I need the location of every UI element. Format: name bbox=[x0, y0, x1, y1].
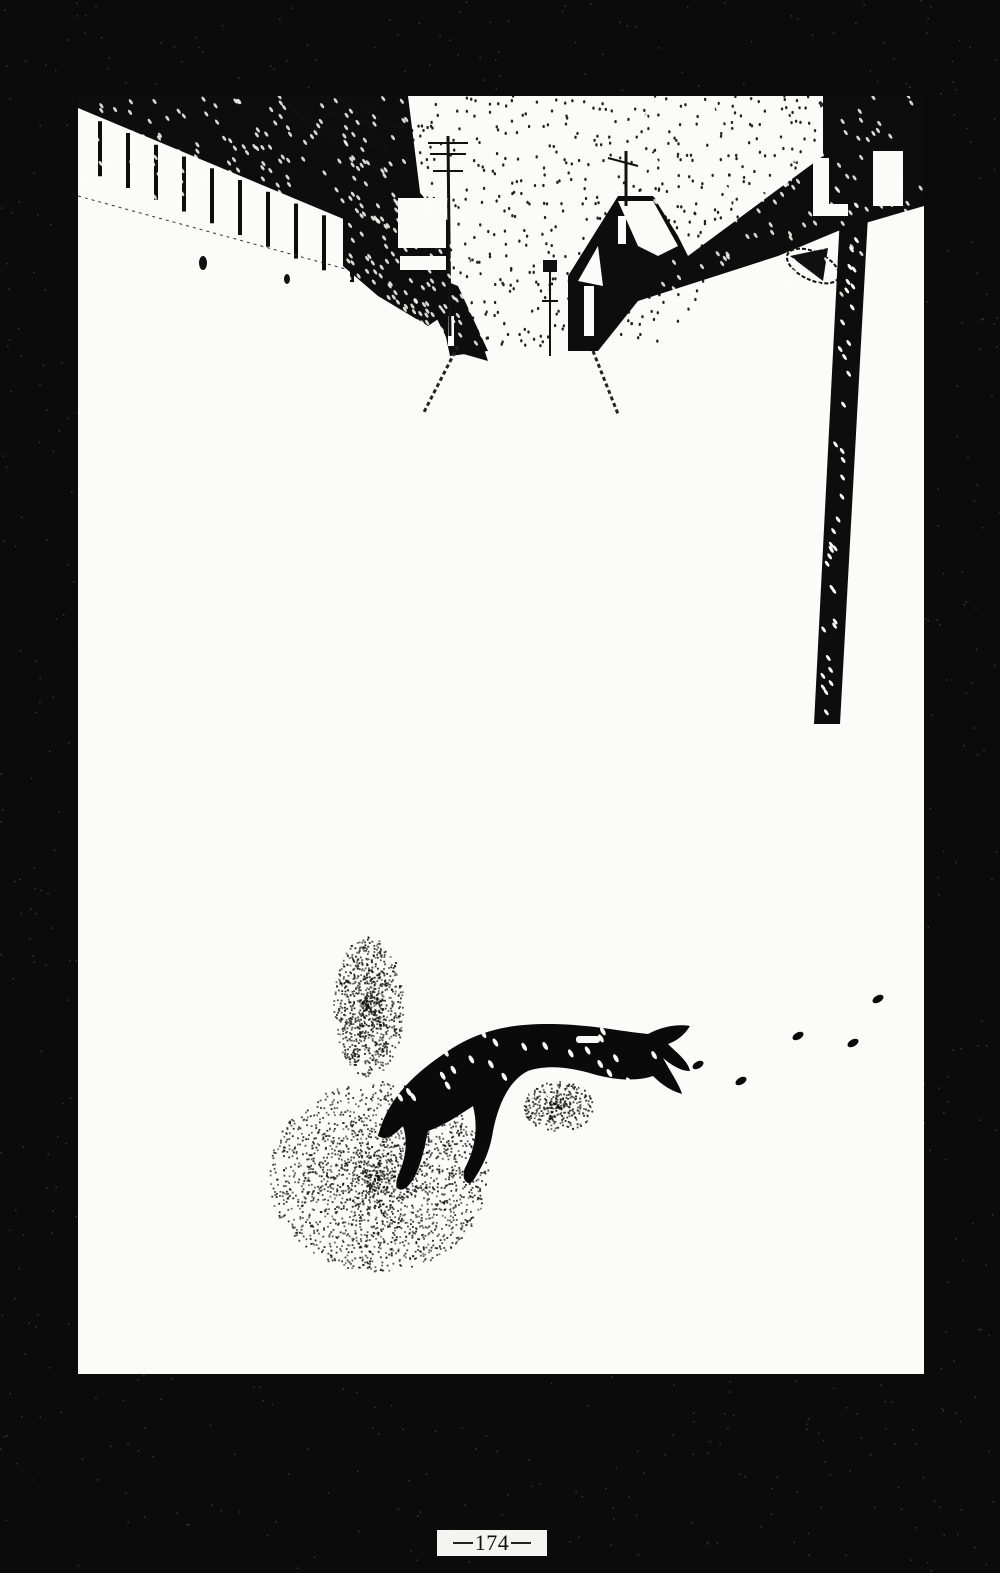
fence-mark-2 bbox=[284, 274, 290, 284]
illustration-panel bbox=[78, 96, 924, 1374]
street-lamp bbox=[542, 261, 558, 356]
page-number-dash-left bbox=[453, 1542, 473, 1544]
page-number-value: 174 bbox=[475, 1530, 510, 1556]
page-number: 174 bbox=[437, 1530, 547, 1556]
page-number-dash-right bbox=[511, 1542, 531, 1544]
fence-mark-1 bbox=[199, 256, 207, 270]
street-edges bbox=[423, 346, 618, 414]
houses-right bbox=[568, 96, 924, 351]
paw-prints bbox=[691, 993, 885, 1087]
illustration-scene bbox=[78, 96, 924, 1374]
